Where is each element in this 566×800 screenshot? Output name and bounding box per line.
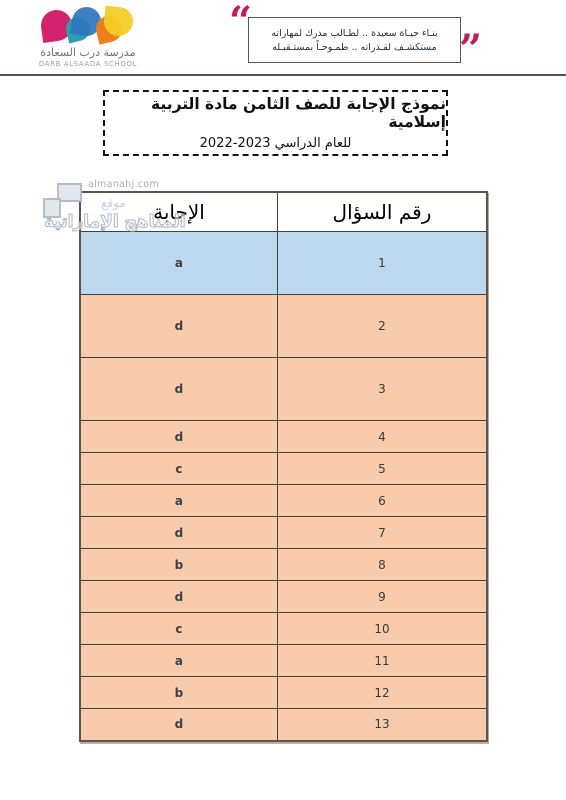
school-name-english: DARB ALSAADA SCHOOL (38, 60, 138, 68)
table-row: 4 d (80, 421, 487, 453)
answer-value: c (80, 613, 277, 645)
table-row: 8 b (80, 549, 487, 581)
table-row: 12 b (80, 677, 487, 709)
answer-value: b (80, 549, 277, 581)
question-number: 4 (277, 421, 487, 453)
table-row: 1 a (80, 232, 487, 295)
slogan-line-1: بنـاء حيـاة سعيدة .. لطـالب مدرك لمهارات… (249, 28, 460, 39)
answer-value: b (80, 677, 277, 709)
table-row: 10 c (80, 613, 487, 645)
table-row: 6 a (80, 485, 487, 517)
school-name-arabic: مدرسة درب السعادة (38, 46, 138, 59)
question-number: 1 (277, 232, 487, 295)
question-number: 7 (277, 517, 487, 549)
table-row: 5 c (80, 453, 487, 485)
exam-academic-year: للعام الدراسي 2023-2022 (200, 136, 352, 151)
answer-value: d (80, 358, 277, 421)
question-number: 3 (277, 358, 487, 421)
slogan-line-2: مستكشـف لقـدراته .. طمـوحـاً بمستـقبـله (249, 42, 460, 53)
school-logo: مدرسة درب السعادة DARB ALSAADA SCHOOL (38, 7, 138, 68)
watermark-step-shape-bottom (43, 198, 61, 218)
question-number: 11 (277, 645, 487, 677)
answer-value: d (80, 421, 277, 453)
answer-value: a (80, 645, 277, 677)
answer-value: a (80, 485, 277, 517)
question-number: 2 (277, 295, 487, 358)
answer-value: d (80, 517, 277, 549)
header-divider (0, 74, 566, 76)
table-row: 9 d (80, 581, 487, 613)
close-quote-icon: ” (459, 30, 482, 70)
table-header-row: رقم السؤال الإجابة (80, 192, 487, 232)
table-row: 13 d (80, 709, 487, 741)
answer-value: d (80, 709, 277, 741)
question-number: 6 (277, 485, 487, 517)
school-logo-icon (41, 7, 135, 43)
answer-header: الإجابة (80, 192, 277, 232)
document-page: مدرسة درب السعادة DARB ALSAADA SCHOOL “ … (0, 0, 566, 800)
table-row: 2 d (80, 295, 487, 358)
question-number: 9 (277, 581, 487, 613)
table-row: 3 d (80, 358, 487, 421)
answer-value: d (80, 295, 277, 358)
answer-value: d (80, 581, 277, 613)
question-number: 13 (277, 709, 487, 741)
table-row: 11 a (80, 645, 487, 677)
answer-value: a (80, 232, 277, 295)
exam-title-box: نموذج الإجابة للصف الثامن مادة التربية إ… (103, 90, 448, 156)
answer-key-table: رقم السؤال الإجابة 1 a 2 d 3 d 4 d 5 (79, 191, 488, 742)
question-number: 5 (277, 453, 487, 485)
exam-title: نموذج الإجابة للصف الثامن مادة التربية إ… (105, 95, 446, 131)
slogan-box: بنـاء حيـاة سعيدة .. لطـالب مدرك لمهارات… (248, 17, 461, 63)
question-number: 8 (277, 549, 487, 581)
question-number: 12 (277, 677, 487, 709)
table-row: 7 d (80, 517, 487, 549)
question-number: 10 (277, 613, 487, 645)
answer-value: c (80, 453, 277, 485)
question-number-header: رقم السؤال (277, 192, 487, 232)
watermark-site-url: almanahj.com (88, 179, 159, 190)
